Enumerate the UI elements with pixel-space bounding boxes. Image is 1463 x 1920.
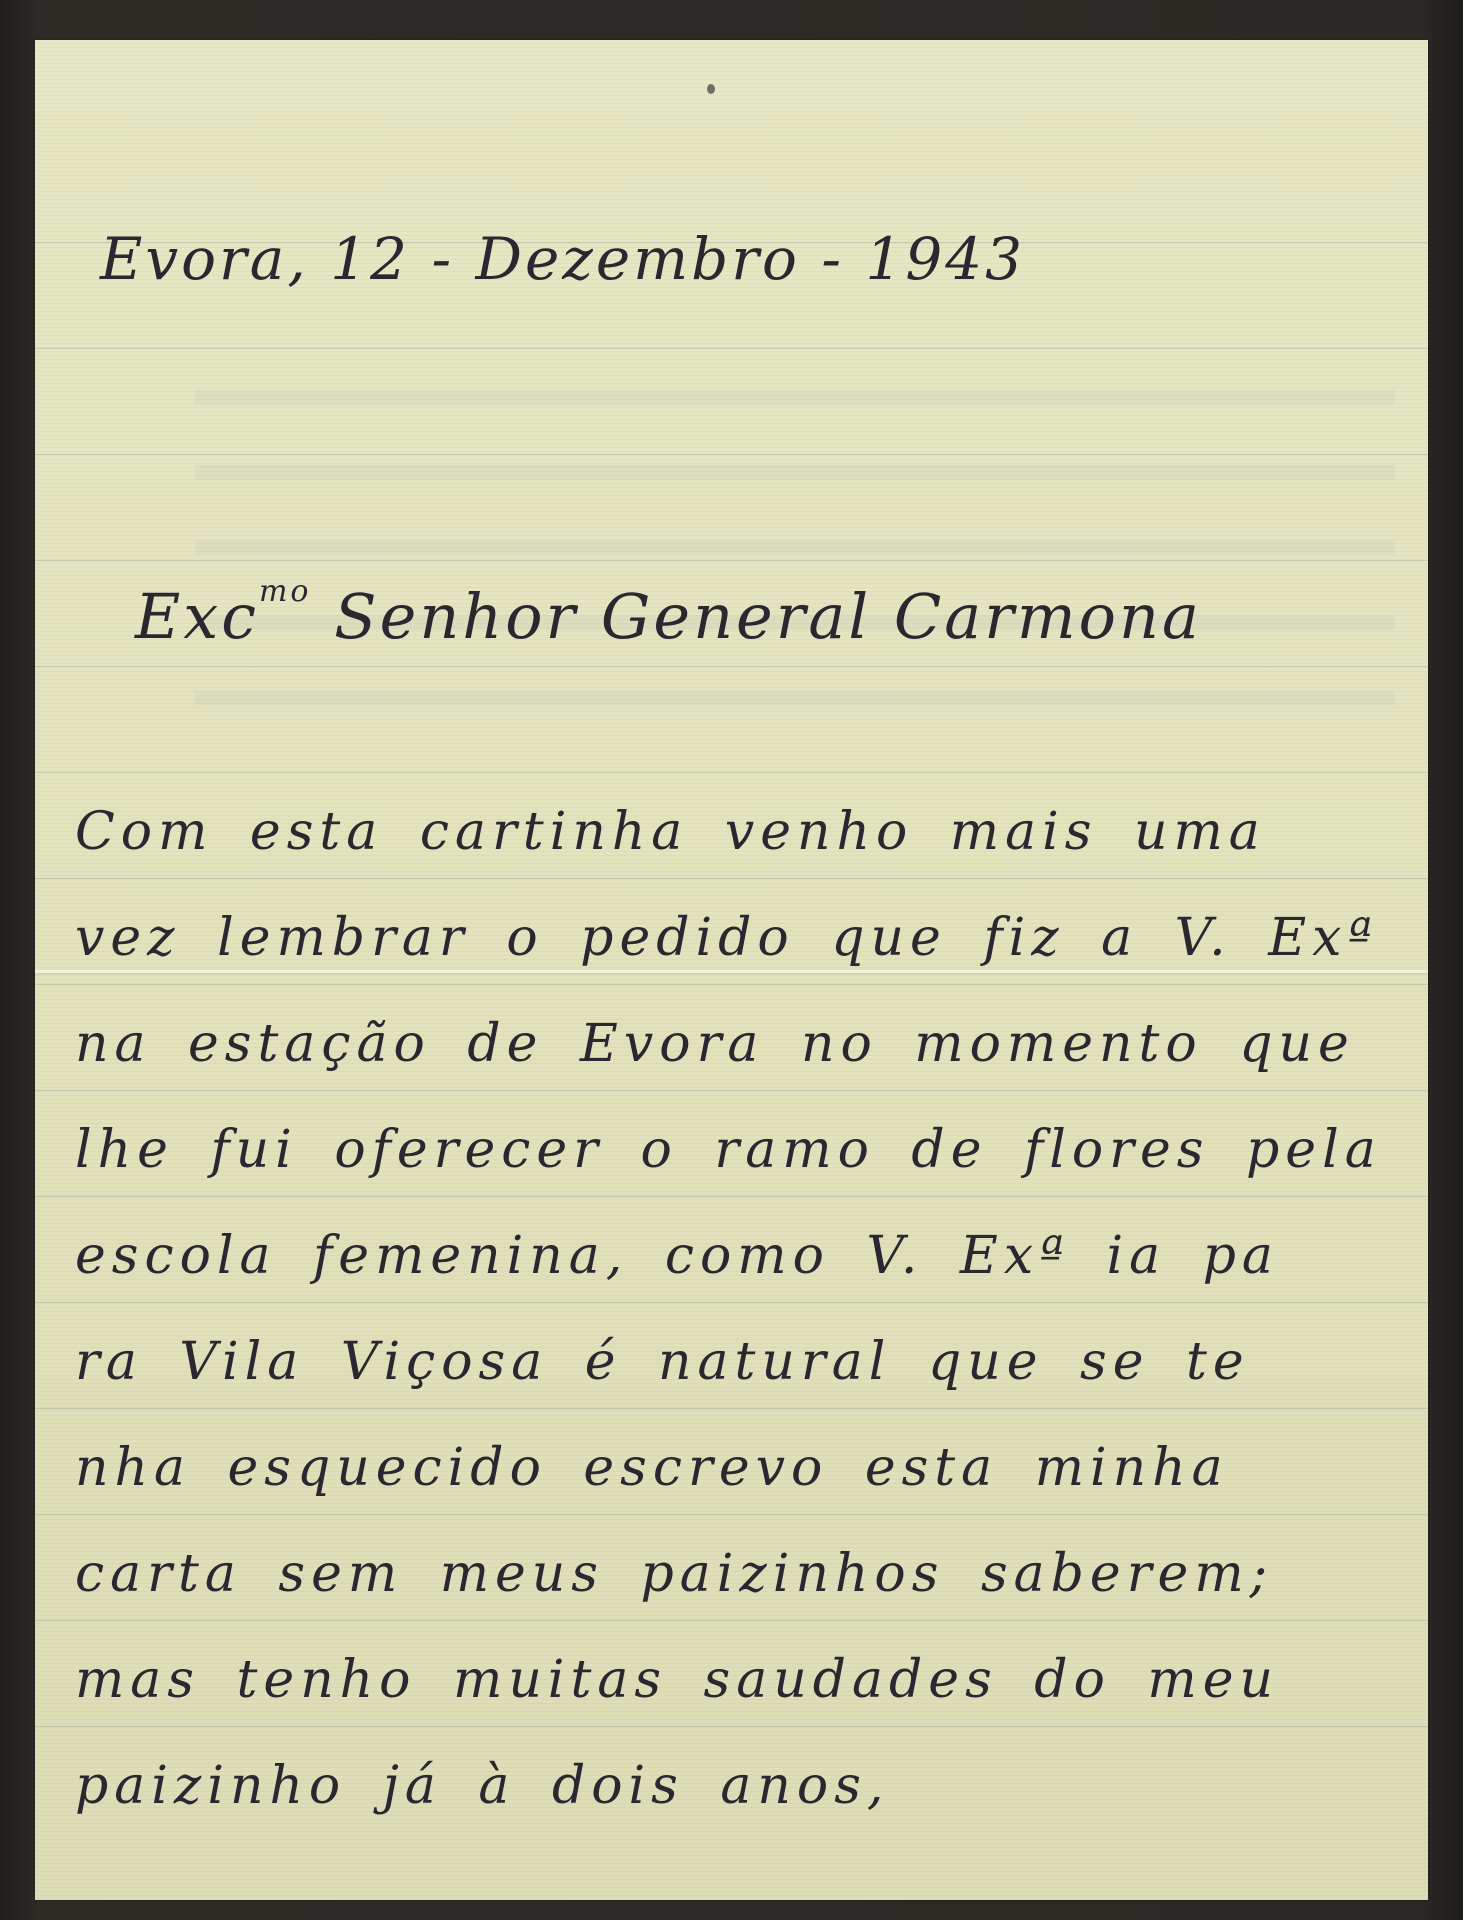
letter-salutation: Excmo Senhor General Carmona (135, 580, 1202, 653)
ruled-line (35, 1090, 1428, 1091)
ruled-line (35, 1408, 1428, 1409)
body-line: vez lembrar o pedido que fiz a V. Exª (75, 908, 1378, 968)
body-line: paizinho já à dois anos, (75, 1756, 889, 1816)
body-line: mas tenho muitas saudades do meu (75, 1650, 1279, 1710)
ruled-line (35, 348, 1428, 349)
ruled-line (35, 560, 1428, 561)
body-line: na estação de Evora no momento que (75, 1014, 1355, 1074)
letter-date: Evora, 12 - Dezembro - 1943 (100, 225, 1025, 293)
ruled-line (35, 454, 1428, 455)
fold-crease (35, 970, 1428, 973)
body-line: carta sem meus paizinhos saberem; (75, 1544, 1273, 1604)
ruled-line (35, 1302, 1428, 1303)
ruled-line (35, 984, 1428, 985)
body-line: escola femenina, como V. Exª ia pa (75, 1226, 1279, 1286)
salutation-name: Senhor General Carmona (311, 580, 1201, 653)
ruled-line (35, 1726, 1428, 1727)
bleed-through-text (195, 330, 1395, 750)
ruled-line (35, 1620, 1428, 1621)
ruled-line (35, 1514, 1428, 1515)
salutation-superscript: mo (259, 574, 312, 609)
salutation-prefix: Exc (135, 580, 259, 653)
ruled-line (35, 772, 1428, 773)
body-line: nha esquecido escrevo esta minha (75, 1438, 1229, 1498)
body-line: ra Vila Viçosa é natural que se te (75, 1332, 1250, 1392)
ruled-line (35, 1196, 1428, 1197)
body-line: Com esta cartinha venho mais uma (75, 802, 1266, 862)
ink-dot (707, 84, 715, 94)
letter-page: Evora, 12 - Dezembro - 1943 Excmo Senhor… (35, 40, 1428, 1900)
ruled-line (35, 666, 1428, 667)
body-line: lhe fui oferecer o ramo de flores pela (75, 1120, 1382, 1180)
ruled-line (35, 878, 1428, 879)
